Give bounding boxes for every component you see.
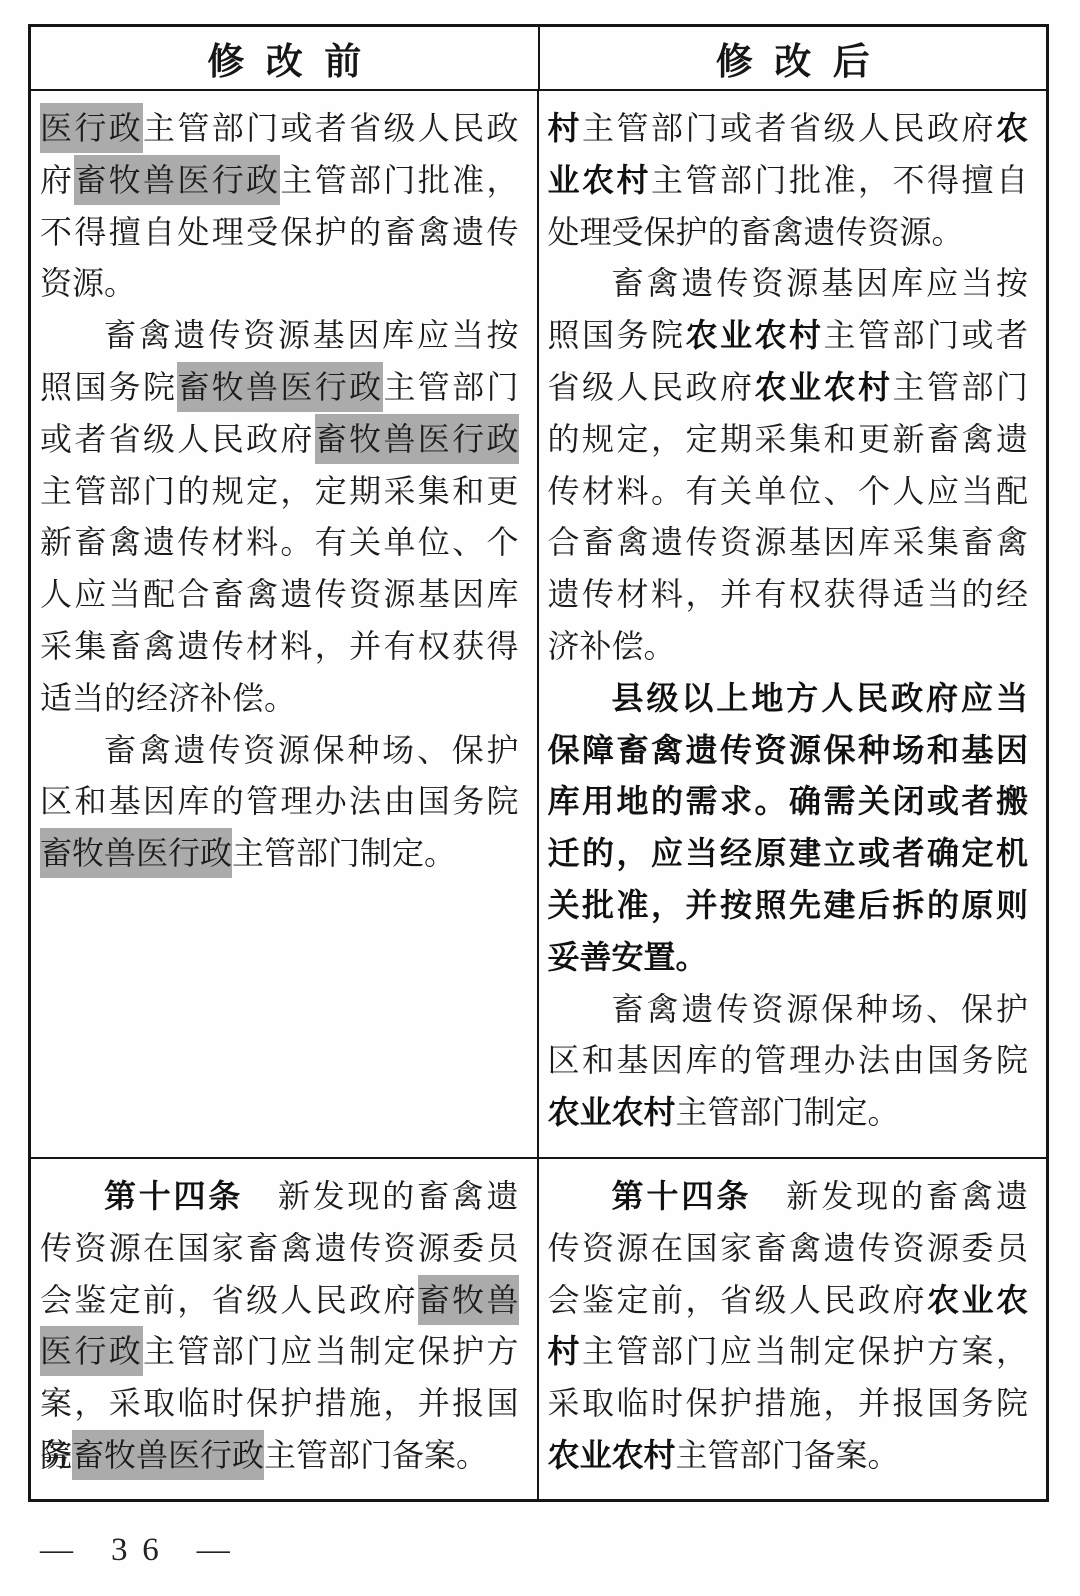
plain-text: 新发现的畜禽遗 bbox=[751, 1178, 1028, 1214]
plain-text: 处理受保护的畜禽遗传资源。 bbox=[548, 214, 964, 250]
text-line: 适当的经济补偿。 bbox=[40, 673, 519, 725]
plain-text: 或者省级人民政府 bbox=[40, 421, 315, 457]
text-line: 照国务院畜牧兽医行政主管部门 bbox=[40, 362, 519, 414]
plain-text: 畜禽遗传资源保种场、保护 bbox=[104, 732, 519, 768]
plain-text: 主管部门批准， bbox=[280, 162, 518, 198]
highlighted-text: 医行政 bbox=[40, 103, 143, 153]
plain-text: 主管部门或者省级人民政府 bbox=[582, 110, 996, 146]
text-line: 村主管部门应当制定保护方案， bbox=[548, 1326, 1029, 1378]
plain-text: 会鉴定前，省级人民政府 bbox=[40, 1282, 418, 1318]
highlighted-text: 畜牧兽医行政 bbox=[40, 828, 232, 878]
bold-text: 农 bbox=[996, 110, 1028, 146]
plain-text: 主管部门批准，不得擅自 bbox=[651, 162, 1028, 198]
text-line: 的规定，定期采集和更新畜禽遗 bbox=[548, 414, 1029, 466]
cell-after-row2: 第十四条 新发现的畜禽遗传资源在国家畜禽遗传资源委员会鉴定前，省级人民政府农业农… bbox=[539, 1159, 1047, 1499]
text-line: 区和基因库的管理办法由国务院 bbox=[40, 776, 519, 828]
text-line: 畜禽遗传资源基因库应当按 bbox=[548, 258, 1029, 310]
highlighted-text: 畜牧兽医行政 bbox=[72, 1430, 264, 1480]
bold-text: 业农村 bbox=[548, 162, 652, 198]
cell-after-row1: 村主管部门或者省级人民政府农业农村主管部门批准，不得擅自处理受保护的畜禽遗传资源… bbox=[539, 91, 1047, 1157]
text-line: 传资源在国家畜禽遗传资源委员 bbox=[40, 1223, 519, 1275]
highlighted-text: 畜牧兽医行政 bbox=[74, 155, 280, 205]
text-line: 省级人民政府农业农村主管部门 bbox=[548, 362, 1029, 414]
bold-text: 农业农村 bbox=[548, 1094, 676, 1130]
text-line: 会鉴定前，省级人民政府畜牧兽 bbox=[40, 1275, 519, 1327]
plain-text: 传材料。有关单位、个人应当配 bbox=[548, 473, 1029, 509]
plain-text: 主管部门制定。 bbox=[232, 835, 456, 871]
plain-text: 主管部门应当制定保护方案， bbox=[582, 1333, 1028, 1369]
plain-text: 主管部门 bbox=[383, 369, 518, 405]
text-line: 新畜禽遗传材料。有关单位、个 bbox=[40, 517, 519, 569]
plain-text: 遗传材料，并有权获得适当的经 bbox=[548, 576, 1029, 612]
plain-text: 主管部门制定。 bbox=[676, 1094, 900, 1130]
header-before: 修改前 bbox=[31, 27, 540, 89]
plain-text: 采集畜禽遗传材料，并有权获得 bbox=[40, 628, 519, 664]
text-line: 第十四条 新发现的畜禽遗 bbox=[548, 1171, 1029, 1223]
plain-text: 采取临时保护措施，并报国务院 bbox=[548, 1385, 1029, 1421]
highlighted-text: 医行政 bbox=[40, 1326, 143, 1376]
plain-text: 传资源在国家畜禽遗传资源委员 bbox=[548, 1230, 1029, 1266]
plain-text: 畜禽遗传资源基因库应当按 bbox=[104, 317, 519, 353]
bold-text: 村 bbox=[548, 1333, 583, 1369]
plain-text: 主管部门应当制定保护方 bbox=[143, 1333, 518, 1369]
plain-text: 院 bbox=[40, 1437, 72, 1473]
text-line: 或者省级人民政府畜牧兽医行政 bbox=[40, 414, 519, 466]
text-line: 照国务院农业农村主管部门或者 bbox=[548, 310, 1029, 362]
bold-text: 农业农村 bbox=[548, 1437, 676, 1473]
text-line: 处理受保护的畜禽遗传资源。 bbox=[548, 207, 1029, 259]
text-line: 迁的，应当经原建立或者确定机 bbox=[548, 828, 1029, 880]
bold-text: 保障畜禽遗传资源保种场和基因 bbox=[548, 732, 1029, 768]
plain-text: 照国务院 bbox=[40, 369, 177, 405]
text-line: 畜禽遗传资源保种场、保护 bbox=[40, 725, 519, 777]
page-number: — 36 — bbox=[40, 1532, 245, 1569]
plain-text: 主管部门备案。 bbox=[676, 1437, 900, 1473]
text-line: 遗传材料，并有权获得适当的经 bbox=[548, 569, 1029, 621]
highlighted-text: 畜牧兽医行政 bbox=[315, 414, 519, 464]
revision-comparison-table: 修改前 修改后 医行政主管部门或者省级人民政府畜牧兽医行政主管部门批准，不得擅自… bbox=[28, 24, 1049, 1502]
highlighted-text: 畜牧兽 bbox=[418, 1275, 519, 1325]
plain-text: 区和基因库的管理办法由国务院 bbox=[40, 783, 519, 819]
plain-text: 畜禽遗传资源基因库应当按 bbox=[612, 265, 1029, 301]
plain-text: 畜禽遗传资源保种场、保护 bbox=[612, 991, 1029, 1027]
bold-text: 妥善安置。 bbox=[548, 939, 708, 975]
plain-text: 合畜禽遗传资源基因库采集畜禽 bbox=[548, 524, 1029, 560]
plain-text: 主管部门或者 bbox=[824, 317, 1028, 353]
header-after: 修改后 bbox=[540, 27, 1047, 89]
text-line: 府畜牧兽医行政主管部门批准， bbox=[40, 155, 519, 207]
plain-text: 资源。 bbox=[40, 265, 136, 301]
text-line: 畜禽遗传资源基因库应当按 bbox=[40, 310, 519, 362]
bold-text: 农业农村 bbox=[754, 369, 892, 405]
bold-text: 县级以上地方人民政府应当 bbox=[612, 680, 1029, 716]
plain-text: 主管部门的规定，定期采集和更 bbox=[40, 473, 519, 509]
bold-text: 关批准，并按照先建后拆的原则 bbox=[548, 887, 1029, 923]
text-line: 合畜禽遗传资源基因库采集畜禽 bbox=[548, 517, 1029, 569]
text-line: 保障畜禽遗传资源保种场和基因 bbox=[548, 725, 1029, 777]
text-line: 畜禽遗传资源保种场、保护 bbox=[548, 984, 1029, 1036]
text-line: 人应当配合畜禽遗传资源基因库 bbox=[40, 569, 519, 621]
bold-text: 迁的，应当经原建立或者确定机 bbox=[548, 835, 1029, 871]
plain-text: 传资源在国家畜禽遗传资源委员 bbox=[40, 1230, 519, 1266]
text-line: 农业农村主管部门制定。 bbox=[548, 1087, 1029, 1139]
bold-text: 库用地的需求。确需关闭或者搬 bbox=[548, 783, 1029, 819]
text-line: 畜牧兽医行政主管部门制定。 bbox=[40, 828, 519, 880]
plain-text: 新畜禽遗传材料。有关单位、个 bbox=[40, 524, 519, 560]
cell-before-row1: 医行政主管部门或者省级人民政府畜牧兽医行政主管部门批准，不得擅自处理受保护的畜禽… bbox=[31, 91, 539, 1157]
table-row-2: 第十四条 新发现的畜禽遗传资源在国家畜禽遗传资源委员会鉴定前，省级人民政府畜牧兽… bbox=[31, 1157, 1046, 1499]
plain-text: 不得擅自处理受保护的畜禽遗传 bbox=[40, 214, 519, 250]
text-line: 农业农村主管部门备案。 bbox=[548, 1430, 1029, 1482]
text-line: 采集畜禽遗传材料，并有权获得 bbox=[40, 621, 519, 673]
text-line: 主管部门的规定，定期采集和更 bbox=[40, 466, 519, 518]
text-line: 县级以上地方人民政府应当 bbox=[548, 673, 1029, 725]
plain-text: 主管部门 bbox=[892, 369, 1028, 405]
text-line: 资源。 bbox=[40, 258, 519, 310]
plain-text: 主管部门备案。 bbox=[264, 1437, 488, 1473]
plain-text: 省级人民政府 bbox=[548, 369, 755, 405]
plain-text: 人应当配合畜禽遗传资源基因库 bbox=[40, 576, 519, 612]
text-line: 会鉴定前，省级人民政府农业农 bbox=[548, 1275, 1029, 1327]
plain-text: 的规定，定期采集和更新畜禽遗 bbox=[548, 421, 1029, 457]
plain-text: 府 bbox=[40, 162, 74, 198]
text-line: 业农村主管部门批准，不得擅自 bbox=[548, 155, 1029, 207]
text-line: 关批准，并按照先建后拆的原则 bbox=[548, 880, 1029, 932]
text-line: 案，采取临时保护措施，并报国务 bbox=[40, 1378, 519, 1430]
plain-text: 区和基因库的管理办法由国务院 bbox=[548, 1042, 1029, 1078]
highlighted-text: 畜牧兽医行政 bbox=[177, 362, 383, 412]
text-line: 传资源在国家畜禽遗传资源委员 bbox=[548, 1223, 1029, 1275]
text-line: 采取临时保护措施，并报国务院 bbox=[548, 1378, 1029, 1430]
bold-text: 第十四条 bbox=[104, 1178, 243, 1214]
cell-before-row2: 第十四条 新发现的畜禽遗传资源在国家畜禽遗传资源委员会鉴定前，省级人民政府畜牧兽… bbox=[31, 1159, 539, 1499]
text-line: 院畜牧兽医行政主管部门备案。 bbox=[40, 1430, 519, 1482]
text-line: 医行政主管部门或者省级人民政 bbox=[40, 103, 519, 155]
plain-text: 新发现的畜禽遗 bbox=[243, 1178, 518, 1214]
text-line: 村主管部门或者省级人民政府农 bbox=[548, 103, 1029, 155]
bold-text: 村 bbox=[548, 110, 583, 146]
text-line: 传材料。有关单位、个人应当配 bbox=[548, 466, 1029, 518]
text-line: 妥善安置。 bbox=[548, 932, 1029, 984]
plain-text: 照国务院 bbox=[548, 317, 686, 353]
plain-text: 济补偿。 bbox=[548, 628, 676, 664]
text-line: 区和基因库的管理办法由国务院 bbox=[548, 1035, 1029, 1087]
document-page: { "page": { "number_label": "— 36 —" }, … bbox=[0, 0, 1080, 1596]
plain-text: 适当的经济补偿。 bbox=[40, 680, 296, 716]
text-line: 库用地的需求。确需关闭或者搬 bbox=[548, 776, 1029, 828]
text-line: 第十四条 新发现的畜禽遗 bbox=[40, 1171, 519, 1223]
bold-text: 第十四条 bbox=[612, 1178, 752, 1214]
bold-text: 农业农 bbox=[927, 1282, 1028, 1318]
text-line: 济补偿。 bbox=[548, 621, 1029, 673]
plain-text: 主管部门或者省级人民政 bbox=[143, 110, 518, 146]
text-line: 医行政主管部门应当制定保护方 bbox=[40, 1326, 519, 1378]
table-header-row: 修改前 修改后 bbox=[31, 27, 1046, 91]
bold-text: 农业农村 bbox=[686, 317, 824, 353]
plain-text: 会鉴定前，省级人民政府 bbox=[548, 1282, 927, 1318]
table-row-1: 医行政主管部门或者省级人民政府畜牧兽医行政主管部门批准，不得擅自处理受保护的畜禽… bbox=[31, 91, 1046, 1157]
text-line: 不得擅自处理受保护的畜禽遗传 bbox=[40, 207, 519, 259]
